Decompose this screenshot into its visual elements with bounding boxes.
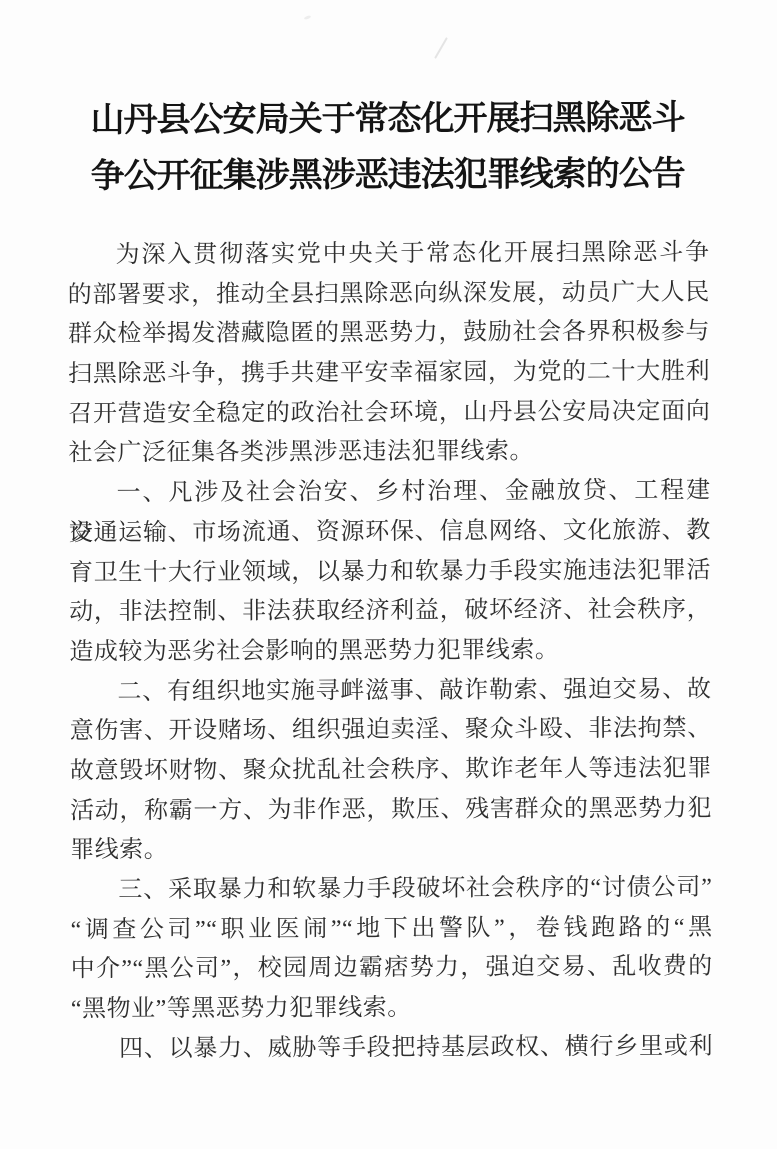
text-line: 召开营造安全稳定的政治社会环境，山丹县公安局决定面向 [68,392,710,434]
text-line: 意伤害、开设赌场、组织强迫卖淫、聚众斗殴、非法拘禁、 [70,710,712,752]
paragraph-item-1: 一、凡涉及社会治安、乡村治理、金融放贷、工程建设、 交通运输、市场流通、资源环保… [69,472,712,673]
text-line: 动，非法控制、非法获取经济利益，破坏经济、社会秩序， [69,591,711,633]
paragraph-item-3: 三、采取暴力和软暴力手段破坏社会秩序的“讨债公司” “调查公司”“职业医闹”“地… [70,869,713,1031]
text-line: 交通运输、市场流通、资源环保、信息网络、文化旅游、教 [69,511,711,553]
scanned-document-page: 山丹县公安局关于常态化开展扫黑除恶斗 争公开征集涉黑涉恶违法犯罪线索的公告 为深… [0,0,777,1149]
text-line: 三、采取暴力和软暴力手段破坏社会秩序的“讨债公司” [70,869,712,911]
text-line: “调查公司”“职业医闹”“地下出警队”，卷钱跑路的“黑 [70,908,712,950]
paragraph-item-2: 二、有组织地实施寻衅滋事、敲诈勒索、强迫交易、故 意伤害、开设赌场、组织强迫卖淫… [69,670,712,871]
text-line: 扫黑除恶斗争，携手共建平安幸福家园，为党的二十大胜利 [68,353,710,395]
text-line: 造成较为恶劣社会影响的黑恶势力犯罪线索。 [69,630,711,672]
paragraph-intro: 为深入贯彻落实党中央关于常态化开展扫黑除恶斗争 的部署要求，推动全县扫黑除恶向纵… [68,234,711,475]
document-content: 山丹县公安局关于常态化开展扫黑除恶斗 争公开征集涉黑涉恶违法犯罪线索的公告 为深… [0,0,777,1149]
text-line: 的部署要求，推动全县扫黑除恶向纵深发展，动员广大人民 [68,273,710,315]
notice-title-line-1: 山丹县公安局关于常态化开展扫黑除恶斗 [19,90,756,149]
notice-title-line-2: 争公开征集涉黑涉恶违法犯罪线索的公告 [19,146,756,205]
text-line: “黑物业”等黑恶势力犯罪线索。 [71,988,713,1030]
text-line: 群众检举揭发潜藏隐匿的黑恶势力，鼓励社会各界积极参与 [68,313,710,355]
paragraph-item-4-truncated: 四、以暴力、威胁等手段把持基层政权、横行乡里或利 [71,1027,713,1069]
text-line: 一、凡涉及社会治安、乡村治理、金融放贷、工程建设、 [69,472,711,514]
text-line: 活动，称霸一方、为非作恶，欺压、残害群众的黑恶势力犯 [70,789,712,831]
text-line: 育卫生十大行业领域，以暴力和软暴力手段实施违法犯罪活 [69,551,711,593]
text-line: 罪线索。 [70,829,712,871]
text-line: 为深入贯彻落实党中央关于常态化开展扫黑除恶斗争 [68,234,710,276]
text-line: 社会广泛征集各类涉黑涉恶违法犯罪线索。 [68,432,710,474]
text-line: 故意毁坏财物、聚众扰乱社会秩序、欺诈老年人等违法犯罪 [70,750,712,792]
text-line: 中介”“黑公司”，校园周边霸痞势力，强迫交易、乱收费的 [71,948,713,990]
notice-title: 山丹县公安局关于常态化开展扫黑除恶斗 争公开征集涉黑涉恶违法犯罪线索的公告 [19,90,756,205]
notice-body: 为深入贯彻落实党中央关于常态化开展扫黑除恶斗争 的部署要求，推动全县扫黑除恶向纵… [68,234,714,1070]
text-line: 四、以暴力、威胁等手段把持基层政权、横行乡里或利 [71,1027,713,1069]
text-line: 二、有组织地实施寻衅滋事、敲诈勒索、强迫交易、故 [69,670,711,712]
